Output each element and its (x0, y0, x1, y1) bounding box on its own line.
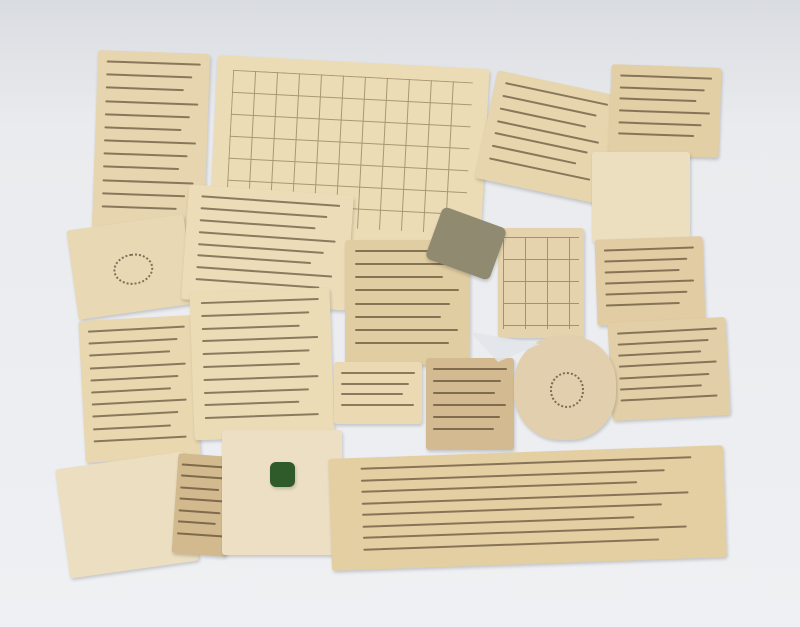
handwriting-line (361, 481, 637, 493)
small-card-left (66, 214, 195, 320)
handwriting-line (620, 74, 712, 79)
handwriting-line (618, 121, 702, 126)
handwriting-line (360, 456, 692, 470)
handwriting-line (104, 126, 181, 131)
handwriting-line (104, 139, 196, 144)
handwriting-line (619, 98, 696, 103)
handwriting-line (203, 350, 309, 356)
letter-left-mid (78, 315, 200, 463)
handwriting-line (202, 195, 340, 207)
card-top-right (608, 64, 721, 158)
handwriting-line (202, 324, 300, 329)
handwriting-line (362, 525, 686, 538)
handwriting-line (355, 276, 443, 278)
handwriting-line (93, 424, 171, 430)
handwriting-line (180, 498, 226, 503)
handwriting-line (88, 326, 185, 333)
handwriting-line (604, 269, 680, 274)
handwriting-line (91, 375, 178, 382)
handwriting-line (355, 342, 449, 344)
long-strip-bottom (328, 445, 727, 571)
handwriting-line (181, 475, 223, 480)
handwriting-line (621, 394, 718, 401)
handwriting-line (605, 291, 687, 296)
handwriting-line (355, 289, 459, 291)
grid-card-right (498, 228, 584, 338)
handwriting-line (203, 363, 300, 368)
handwriting-line (199, 231, 336, 243)
handwriting-line (200, 219, 315, 229)
handwriting-line (179, 509, 221, 514)
small-folded-center (334, 362, 422, 424)
handwriting-line (197, 266, 332, 277)
handwriting-line (103, 179, 194, 184)
round-seal-card (514, 336, 616, 440)
handwriting-line (205, 401, 300, 406)
text-card-right-mid (595, 236, 706, 326)
handwriting-line (620, 372, 710, 379)
handwriting-line (196, 278, 320, 289)
handwriting-line (94, 435, 187, 442)
handwriting-line (202, 336, 318, 342)
handwriting-line (362, 516, 634, 528)
handwriting-line (617, 327, 716, 334)
handwriting-line (103, 153, 187, 158)
handwriting-line (105, 113, 190, 118)
handwriting-line (341, 404, 414, 406)
handwriting-line (433, 416, 500, 418)
folded-packets-center (222, 430, 342, 555)
handwriting-line (604, 258, 687, 263)
handwriting-line (355, 316, 441, 318)
handwriting-line (177, 532, 222, 537)
handwriting-line (360, 469, 664, 482)
handwriting-line (204, 388, 309, 394)
handwriting-line (363, 538, 659, 550)
seal-mark (550, 372, 585, 407)
handwriting-line (355, 303, 450, 305)
handwriting-line (341, 393, 403, 395)
handwriting-line (198, 243, 323, 254)
handwriting-line (604, 246, 695, 251)
dark-card-center (426, 358, 514, 450)
handwriting-line (341, 383, 409, 385)
handwriting-line (204, 375, 319, 381)
handwriting-line (619, 361, 717, 368)
handwriting-line (201, 207, 328, 218)
handwriting-line (605, 279, 695, 284)
handwriting-line (433, 380, 501, 382)
handwriting-line (620, 384, 701, 390)
handwriting-line (605, 302, 680, 307)
handwriting-line (620, 86, 705, 91)
handwriting-line (91, 387, 170, 393)
handwriting-line (107, 60, 201, 65)
handwriting-line (433, 392, 495, 394)
handwriting-line (92, 399, 186, 406)
blank-card-right (592, 152, 690, 242)
green-fabric-patch (270, 462, 295, 487)
handwriting-line (178, 520, 216, 525)
handwriting-line (197, 255, 311, 265)
seal-mark (112, 251, 155, 287)
handwriting-line (181, 486, 220, 491)
handwriting-line (341, 372, 415, 374)
handwriting-line (201, 311, 309, 317)
handwriting-line (93, 411, 179, 418)
handwriting-line (106, 74, 192, 79)
text-card-right-low (608, 317, 731, 421)
handwriting-line (497, 120, 599, 144)
handwriting-line (433, 404, 506, 406)
handwriting-line (489, 158, 590, 181)
handwriting-line (205, 413, 318, 419)
handwriting-line (90, 362, 185, 369)
talisman-grid (503, 237, 579, 329)
handwriting-line (618, 339, 709, 346)
handwriting-line (106, 87, 184, 92)
handwriting-line (361, 491, 689, 504)
letter-center-mid (189, 288, 334, 441)
handwriting-line (619, 351, 702, 357)
handwriting-line (89, 351, 170, 357)
handwriting-line (618, 133, 694, 138)
handwriting-line (102, 192, 185, 197)
handwriting-line (105, 100, 198, 105)
handwriting-line (355, 329, 458, 331)
handwriting-line (102, 205, 177, 210)
handwriting-line (201, 298, 319, 304)
handwriting-line (355, 263, 451, 265)
handwriting-line (89, 338, 178, 345)
handwriting-line (433, 428, 494, 430)
handwriting-line (619, 109, 710, 114)
handwriting-line (505, 82, 608, 106)
handwriting-line (103, 166, 179, 171)
handwriting-line (362, 503, 662, 515)
handwriting-line (433, 368, 507, 370)
